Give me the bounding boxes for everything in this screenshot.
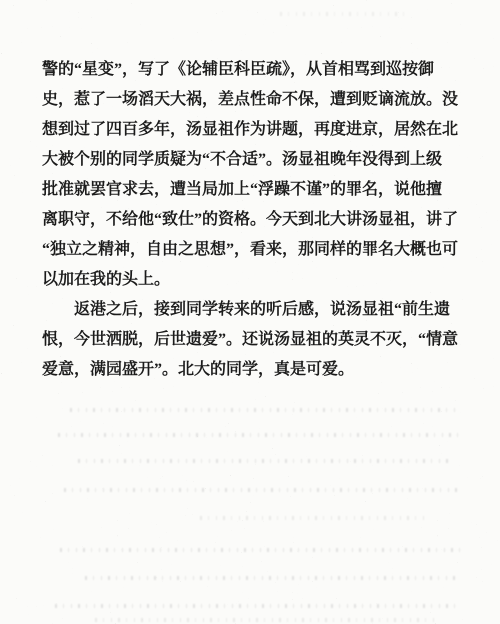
scan-noise-line bbox=[78, 459, 453, 463]
scan-noise-line bbox=[60, 548, 460, 552]
paragraph-2: 返港之后，接到同学转来的听后感，说汤显祖“前生遗恨，今世洒脱，后世遗爱”。还说汤… bbox=[42, 295, 460, 385]
text-line: 史，惹了一场滔天大祸，差点性命不保，遭到贬谪流放。没 bbox=[42, 85, 460, 115]
scan-noise-line bbox=[55, 604, 460, 608]
text-line: 爱意，满园盛开”。北大的同学，真是可爱。 bbox=[42, 355, 460, 385]
text-line: 离职守，不给他“致仕”的资格。今天到北大讲汤显祖，讲了 bbox=[42, 205, 460, 235]
scan-noise-line bbox=[95, 618, 435, 622]
text-line: 警的“星变”，写了《论辅臣科臣疏》，从首相骂到巡按御 bbox=[42, 55, 460, 85]
text-line: 批准就罢官求去，遭当局加上“浮躁不谨”的罪名，说他擅 bbox=[42, 175, 460, 205]
scan-noise-line bbox=[200, 516, 430, 520]
scan-noise-line bbox=[70, 408, 455, 412]
text-line: 大被个别的同学质疑为“不合适”。汤显祖晚年没得到上级 bbox=[42, 145, 460, 175]
scan-noise-line bbox=[64, 488, 459, 492]
scan-noise-line bbox=[58, 433, 463, 437]
scan-noise-line bbox=[280, 12, 410, 16]
text-line: 恨，今世洒脱，后世遗爱”。还说汤显祖的英灵不灭，“情意 bbox=[42, 325, 460, 355]
book-page: 警的“星变”，写了《论辅臣科臣疏》，从首相骂到巡按御史，惹了一场滔天大祸，差点性… bbox=[0, 0, 500, 624]
text-line: “独立之精神，自由之思想”，看来，那同样的罪名大概也可 bbox=[42, 235, 460, 265]
paragraph-1: 警的“星变”，写了《论辅臣科臣疏》，从首相骂到巡按御史，惹了一场滔天大祸，差点性… bbox=[42, 55, 460, 295]
text-line: 以加在我的头上。 bbox=[42, 265, 460, 295]
text-line: 返港之后，接到同学转来的听后感，说汤显祖“前生遗 bbox=[42, 295, 460, 325]
scan-noise-line bbox=[85, 576, 460, 580]
text-line: 想到过了四百多年，汤显祖作为讲题，再度进京，居然在北 bbox=[42, 115, 460, 145]
page-text-block: 警的“星变”，写了《论辅臣科臣疏》，从首相骂到巡按御史，惹了一场滔天大祸，差点性… bbox=[42, 55, 460, 385]
